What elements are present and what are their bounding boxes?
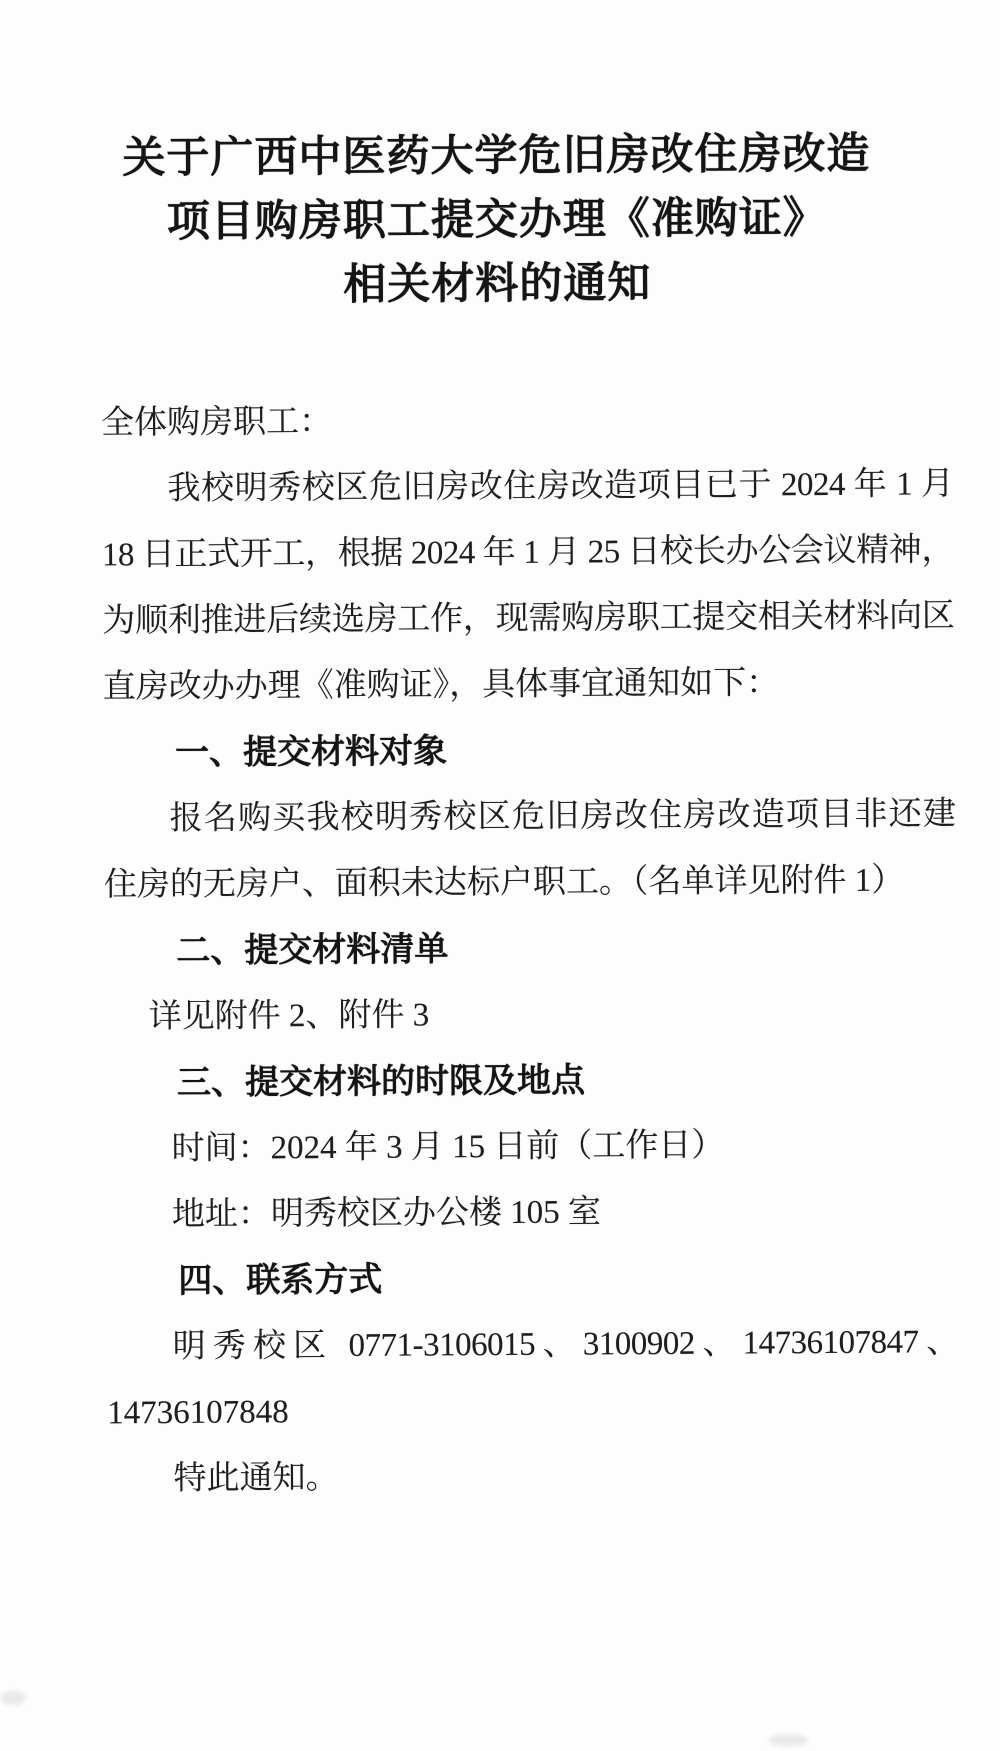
document-body: 全体购房职工： 我校明秀校区危旧房改住房改造项目已于 2024 年 1 月 18… bbox=[101, 385, 960, 1512]
section-4-line-1: 明秀校区 0771-3106015、3100902、14736107847、 bbox=[107, 1309, 959, 1380]
section-2-line-1: 详见附件 2、附件 3 bbox=[105, 979, 957, 1050]
salutation: 全体购房职工： bbox=[101, 385, 953, 456]
section-1-line-2: 住房的无房户、面积未达标户职工。（名单详见附件 1） bbox=[104, 847, 956, 918]
scan-smudge-bottom-center bbox=[768, 1734, 808, 1746]
title-line-2: 项目购房职工提交办理《准购证》 bbox=[0, 185, 997, 255]
section-4-line-2: 14736107848 bbox=[107, 1375, 959, 1446]
intro-line-1: 我校明秀校区危旧房改住房改造项目已于 2024 年 1 月 bbox=[101, 451, 953, 522]
title-line-1: 关于广西中医药大学危旧房改住房改造 bbox=[0, 121, 997, 191]
scanned-notice-photo: 关于广西中医药大学危旧房改住房改造 项目购房职工提交办理《准购证》 相关材料的通… bbox=[0, 0, 1000, 1751]
section-1-heading: 一、提交材料对象 bbox=[103, 715, 955, 786]
intro-line-3: 为顺利推进后续选房工作，现需购房职工提交相关材料向区 bbox=[102, 583, 954, 654]
title-line-3: 相关材料的通知 bbox=[0, 249, 997, 319]
section-3-line-2: 地址：明秀校区办公楼 105 室 bbox=[106, 1177, 958, 1248]
intro-line-2: 18 日正式开工，根据 2024 年 1 月 25 日校长办公会议精神， bbox=[102, 517, 954, 588]
closing-line: 特此通知。 bbox=[107, 1441, 959, 1512]
section-4-heading: 四、联系方式 bbox=[106, 1243, 958, 1314]
section-2-heading: 二、提交材料清单 bbox=[104, 913, 956, 984]
section-3-heading: 三、提交材料的时限及地点 bbox=[105, 1045, 957, 1116]
section-3-line-1: 时间：2024 年 3 月 15 日前（工作日） bbox=[105, 1111, 957, 1182]
document-title: 关于广西中医药大学危旧房改住房改造 项目购房职工提交办理《准购证》 相关材料的通… bbox=[0, 0, 997, 319]
document-page: 关于广西中医药大学危旧房改住房改造 项目购房职工提交办理《准购证》 相关材料的通… bbox=[0, 0, 1000, 1751]
scan-smudge-bottom-left bbox=[0, 1691, 26, 1705]
section-1-line-1: 报名购买我校明秀校区危旧房改住房改造项目非还建 bbox=[103, 781, 955, 852]
intro-line-4: 直房改办办理《准购证》，具体事宜通知如下： bbox=[102, 649, 954, 720]
